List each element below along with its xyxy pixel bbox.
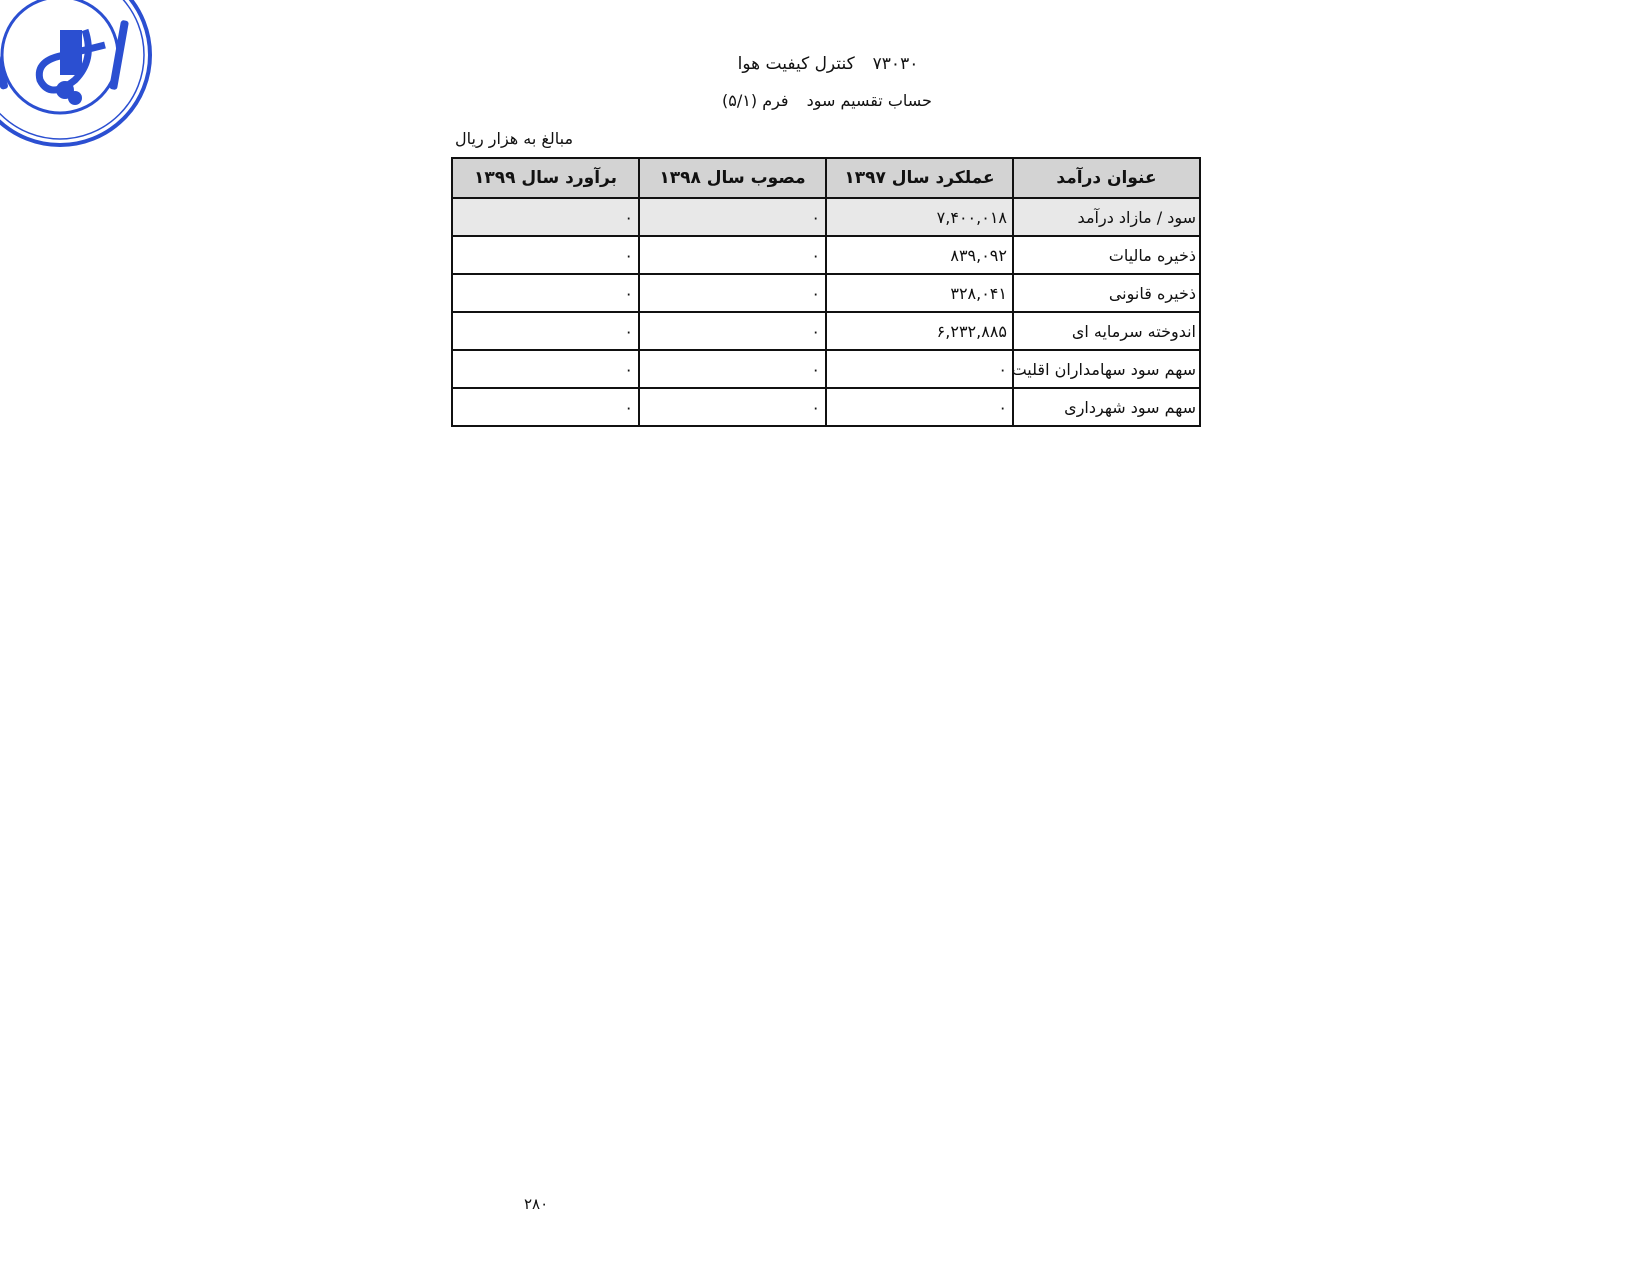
cell-1397: ۰ — [826, 350, 1013, 388]
row-label: اندوخته سرمایه ای — [1013, 312, 1200, 350]
table-row: اندوخته سرمایه ای ۶,۲۳۲,۸۸۵ ۰ ۰ — [452, 312, 1200, 350]
cell-1399: ۰ — [452, 350, 639, 388]
cell-1397: ۶,۲۳۲,۸۸۵ — [826, 312, 1013, 350]
page-title: ۷۳۰۳۰کنترل کیفیت هوا — [737, 54, 919, 74]
col-header-title: عنوان درآمد — [1013, 158, 1200, 198]
budget-code: ۷۳۰۳۰ — [873, 54, 919, 74]
cell-1399: ۰ — [452, 388, 639, 426]
cell-1397: ۷,۴۰۰,۰۱۸ — [826, 198, 1013, 236]
col-header-1398: مصوب سال ۱۳۹۸ — [639, 158, 826, 198]
cell-1398: ۰ — [639, 198, 826, 236]
form-number: فرم (۵/۱) — [722, 91, 789, 110]
col-header-1399: برآورد سال ۱۳۹۹ — [452, 158, 639, 198]
cell-1399: ۰ — [452, 312, 639, 350]
cell-1398: ۰ — [639, 274, 826, 312]
cell-1397: ۳۲۸,۰۴۱ — [826, 274, 1013, 312]
table-row: سهم سود شهرداری ۰ ۰ ۰ — [452, 388, 1200, 426]
cell-1399: ۰ — [452, 198, 639, 236]
table-row: سود / مازاد درآمد ۷,۴۰۰,۰۱۸ ۰ ۰ — [452, 198, 1200, 236]
row-label: سود / مازاد درآمد — [1013, 198, 1200, 236]
cell-1398: ۰ — [639, 236, 826, 274]
subtitle-text: حساب تقسیم سود — [807, 91, 932, 110]
row-label: سهم سود شهرداری — [1013, 388, 1200, 426]
council-stamp — [0, 0, 155, 150]
row-label: ذخیره مالیات — [1013, 236, 1200, 274]
program-title: کنترل کیفیت هوا — [738, 54, 855, 74]
table-row: ذخیره قانونی ۳۲۸,۰۴۱ ۰ ۰ — [452, 274, 1200, 312]
row-label: سهم سود سهامداران اقلیت — [1013, 350, 1200, 388]
cell-1398: ۰ — [639, 350, 826, 388]
cell-1398: ۰ — [639, 388, 826, 426]
table-row: سهم سود سهامداران اقلیت ۰ ۰ ۰ — [452, 350, 1200, 388]
table-row: ذخیره مالیات ۸۳۹,۰۹۲ ۰ ۰ — [452, 236, 1200, 274]
page-subtitle: حساب تقسیم سودفرم (۵/۱) — [722, 91, 932, 110]
col-header-1397: عملکرد سال ۱۳۹۷ — [826, 158, 1013, 198]
cell-1399: ۰ — [452, 236, 639, 274]
cell-1397: ۰ — [826, 388, 1013, 426]
page-number: ۲۸۰ — [524, 1195, 548, 1213]
row-label: ذخیره قانونی — [1013, 274, 1200, 312]
cell-1397: ۸۳۹,۰۹۲ — [826, 236, 1013, 274]
unit-note: مبالغ به هزار ریال — [455, 129, 573, 148]
table-header-row: عنوان درآمد عملکرد سال ۱۳۹۷ مصوب سال ۱۳۹… — [452, 158, 1200, 198]
cell-1399: ۰ — [452, 274, 639, 312]
cell-1398: ۰ — [639, 312, 826, 350]
profit-distribution-table: عنوان درآمد عملکرد سال ۱۳۹۷ مصوب سال ۱۳۹… — [451, 157, 1201, 427]
